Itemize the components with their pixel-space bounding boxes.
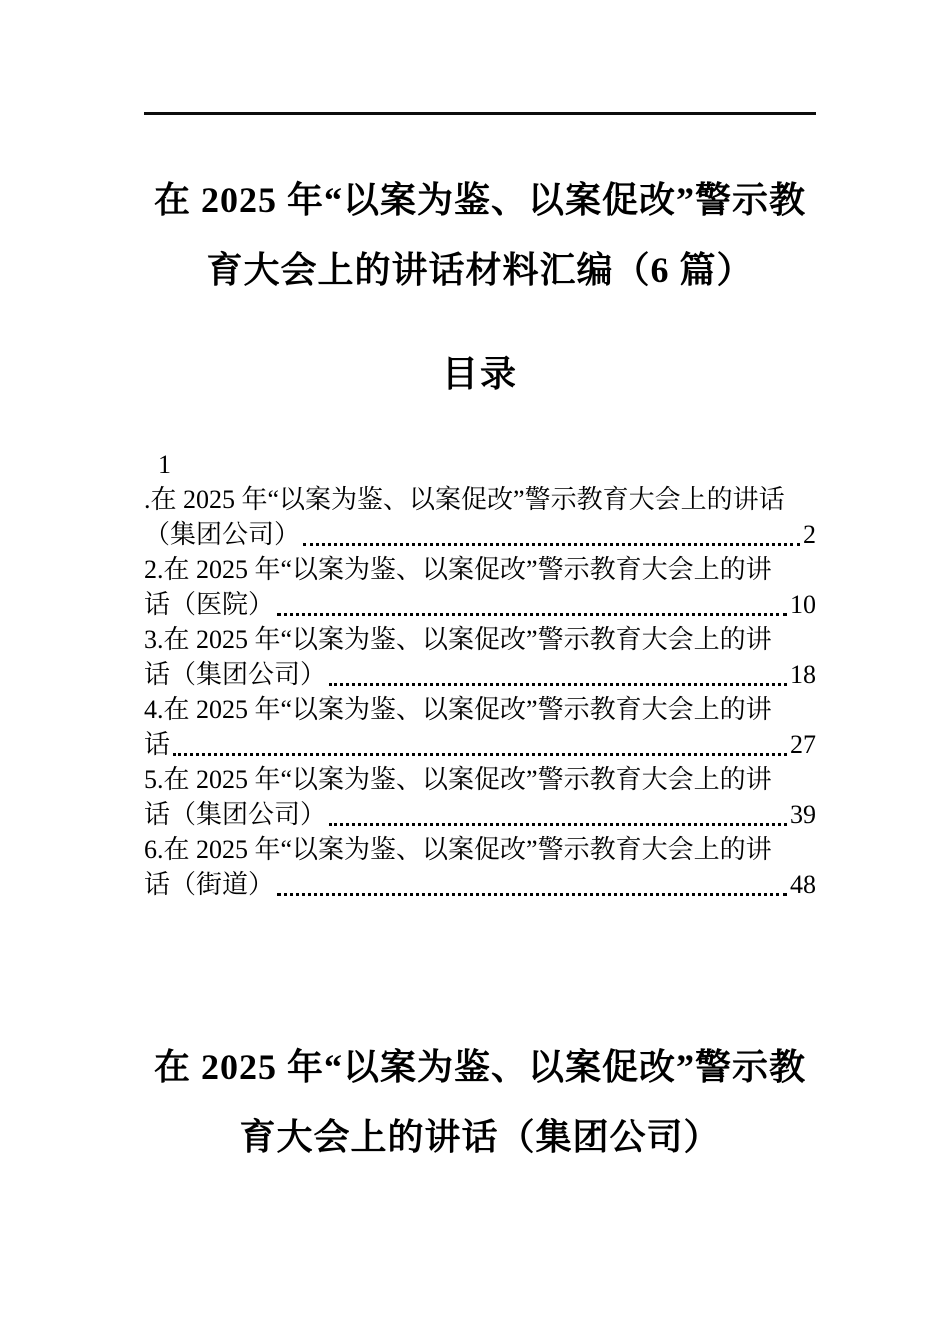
toc-dot-leader <box>329 823 787 826</box>
toc-entry-6[interactable]: 6.在 2025 年“以案为鉴、以案促改”警示教育大会上的讲 话（街道） 48 <box>144 832 816 902</box>
toc-entry-4-leader-line[interactable]: 话 27 <box>144 727 816 762</box>
toc-entry-1-text[interactable]: .在 2025 年“以案为鉴、以案促改”警示教育大会上的讲话 <box>144 482 816 517</box>
toc-entry-1-number-line[interactable]: 1 <box>144 447 816 482</box>
toc-entry-1-leader-line[interactable]: （集团公司） 2 <box>144 517 816 552</box>
section-title-line2: 育大会上的讲话（集团公司） <box>130 1102 830 1172</box>
toc-dot-leader <box>277 893 787 896</box>
toc-entry-1-text-tail[interactable]: （集团公司） <box>144 517 300 552</box>
toc-entry-3-page-number[interactable]: 18 <box>790 657 816 692</box>
document-title-line2: 育大会上的讲话材料汇编（6 篇） <box>130 235 830 305</box>
toc-entry-5-page-number[interactable]: 39 <box>790 797 816 832</box>
toc-dot-leader <box>303 543 800 546</box>
toc-entry-3-leader-line[interactable]: 话（集团公司） 18 <box>144 657 816 692</box>
toc-entry-4-text-tail[interactable]: 话 <box>144 727 170 762</box>
toc-entry-5-leader-line[interactable]: 话（集团公司） 39 <box>144 797 816 832</box>
table-of-contents: 1 .在 2025 年“以案为鉴、以案促改”警示教育大会上的讲话 （集团公司） … <box>144 447 816 902</box>
toc-entry-2-page-number[interactable]: 10 <box>790 587 816 622</box>
toc-entry-3-text-tail[interactable]: 话（集团公司） <box>144 657 326 692</box>
toc-heading: 目录 <box>144 346 816 402</box>
toc-entry-4[interactable]: 4.在 2025 年“以案为鉴、以案促改”警示教育大会上的讲 话 27 <box>144 692 816 762</box>
toc-entry-4-text[interactable]: 4.在 2025 年“以案为鉴、以案促改”警示教育大会上的讲 <box>144 692 816 727</box>
document-page: 在 2025 年“以案为鉴、以案促改”警示教 育大会上的讲话材料汇编（6 篇） … <box>0 0 950 1344</box>
toc-entry-6-leader-line[interactable]: 话（街道） 48 <box>144 867 816 902</box>
toc-entry-5[interactable]: 5.在 2025 年“以案为鉴、以案促改”警示教育大会上的讲 话（集团公司） 3… <box>144 762 816 832</box>
document-title-line1: 在 2025 年“以案为鉴、以案促改”警示教 <box>130 165 830 235</box>
toc-entry-2-text-tail[interactable]: 话（医院） <box>144 587 274 622</box>
toc-entry-4-page-number[interactable]: 27 <box>790 727 816 762</box>
toc-entry-2[interactable]: 2.在 2025 年“以案为鉴、以案促改”警示教育大会上的讲 话（医院） 10 <box>144 552 816 622</box>
toc-entry-5-text[interactable]: 5.在 2025 年“以案为鉴、以案促改”警示教育大会上的讲 <box>144 762 816 797</box>
toc-entry-5-text-tail[interactable]: 话（集团公司） <box>144 797 326 832</box>
toc-entry-2-text[interactable]: 2.在 2025 年“以案为鉴、以案促改”警示教育大会上的讲 <box>144 552 816 587</box>
document-title: 在 2025 年“以案为鉴、以案促改”警示教 育大会上的讲话材料汇编（6 篇） <box>130 165 830 305</box>
toc-entry-3[interactable]: 3.在 2025 年“以案为鉴、以案促改”警示教育大会上的讲 话（集团公司） 1… <box>144 622 816 692</box>
toc-entry-6-text-tail[interactable]: 话（街道） <box>144 867 274 902</box>
toc-dot-leader <box>277 613 787 616</box>
section-title-line1: 在 2025 年“以案为鉴、以案促改”警示教 <box>130 1032 830 1102</box>
toc-entry-1[interactable]: .在 2025 年“以案为鉴、以案促改”警示教育大会上的讲话 （集团公司） 2 <box>144 482 816 552</box>
toc-entry-6-text[interactable]: 6.在 2025 年“以案为鉴、以案促改”警示教育大会上的讲 <box>144 832 816 867</box>
section-title: 在 2025 年“以案为鉴、以案促改”警示教 育大会上的讲话（集团公司） <box>130 1032 830 1172</box>
toc-dot-leader <box>173 753 787 756</box>
toc-entry-1-page-number[interactable]: 2 <box>803 517 816 552</box>
toc-entry-2-leader-line[interactable]: 话（医院） 10 <box>144 587 816 622</box>
toc-dot-leader <box>329 683 787 686</box>
toc-entry-3-text[interactable]: 3.在 2025 年“以案为鉴、以案促改”警示教育大会上的讲 <box>144 622 816 657</box>
toc-entry-6-page-number[interactable]: 48 <box>790 867 816 902</box>
header-rule <box>144 112 816 115</box>
